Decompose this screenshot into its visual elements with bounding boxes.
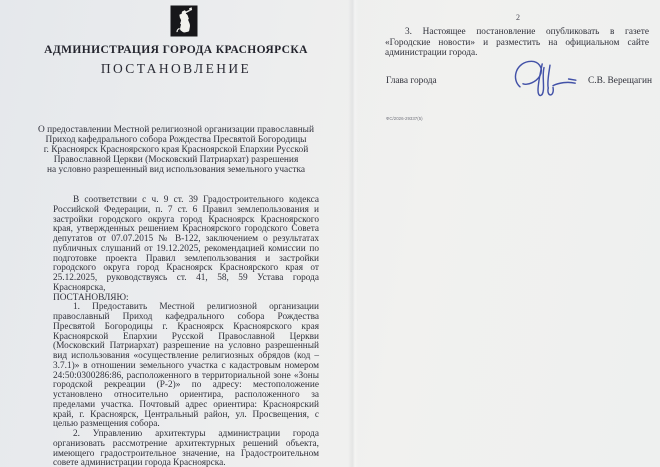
document-body: В соответствии с ч. 9 ст. 39 Градостроит… [53,196,319,467]
item-2-paragraph: 2. Управлению архитектуры администрации … [53,430,319,467]
signer-name: С.В. Верещагин [588,76,652,86]
krasnoyarsk-coat-of-arms-icon [170,5,198,37]
preamble-paragraph: В соответствии с ч. 9 ст. 39 Градостроит… [53,196,319,294]
page-1: АДМИНИСТРАЦИЯ ГОРОДА КРАСНОЯРСКА ПОСТАНО… [0,0,352,467]
document-type-heading: ПОСТАНОВЛЕНИЕ [16,61,336,77]
page-number: 2 [512,13,524,22]
document-title: О предоставлении Местной религиозной орг… [30,126,322,176]
page-2: 2 3. Настоящее постановление опубликоват… [352,0,660,467]
document-reference-code: ФС/2026-29337(5) [386,116,423,121]
handwritten-signature [508,53,580,105]
organization-name: АДМИНИСТРАЦИЯ ГОРОДА КРАСНОЯРСКА [16,44,336,56]
item-1-paragraph: 1. Предоставить Местной религиозной орга… [53,303,319,430]
scanned-document: АДМИНИСТРАЦИЯ ГОРОДА КРАСНОЯРСКА ПОСТАНО… [0,0,660,467]
signer-title: Глава города [386,76,437,86]
title-line: на условно разрешенный вид использования… [30,166,322,176]
